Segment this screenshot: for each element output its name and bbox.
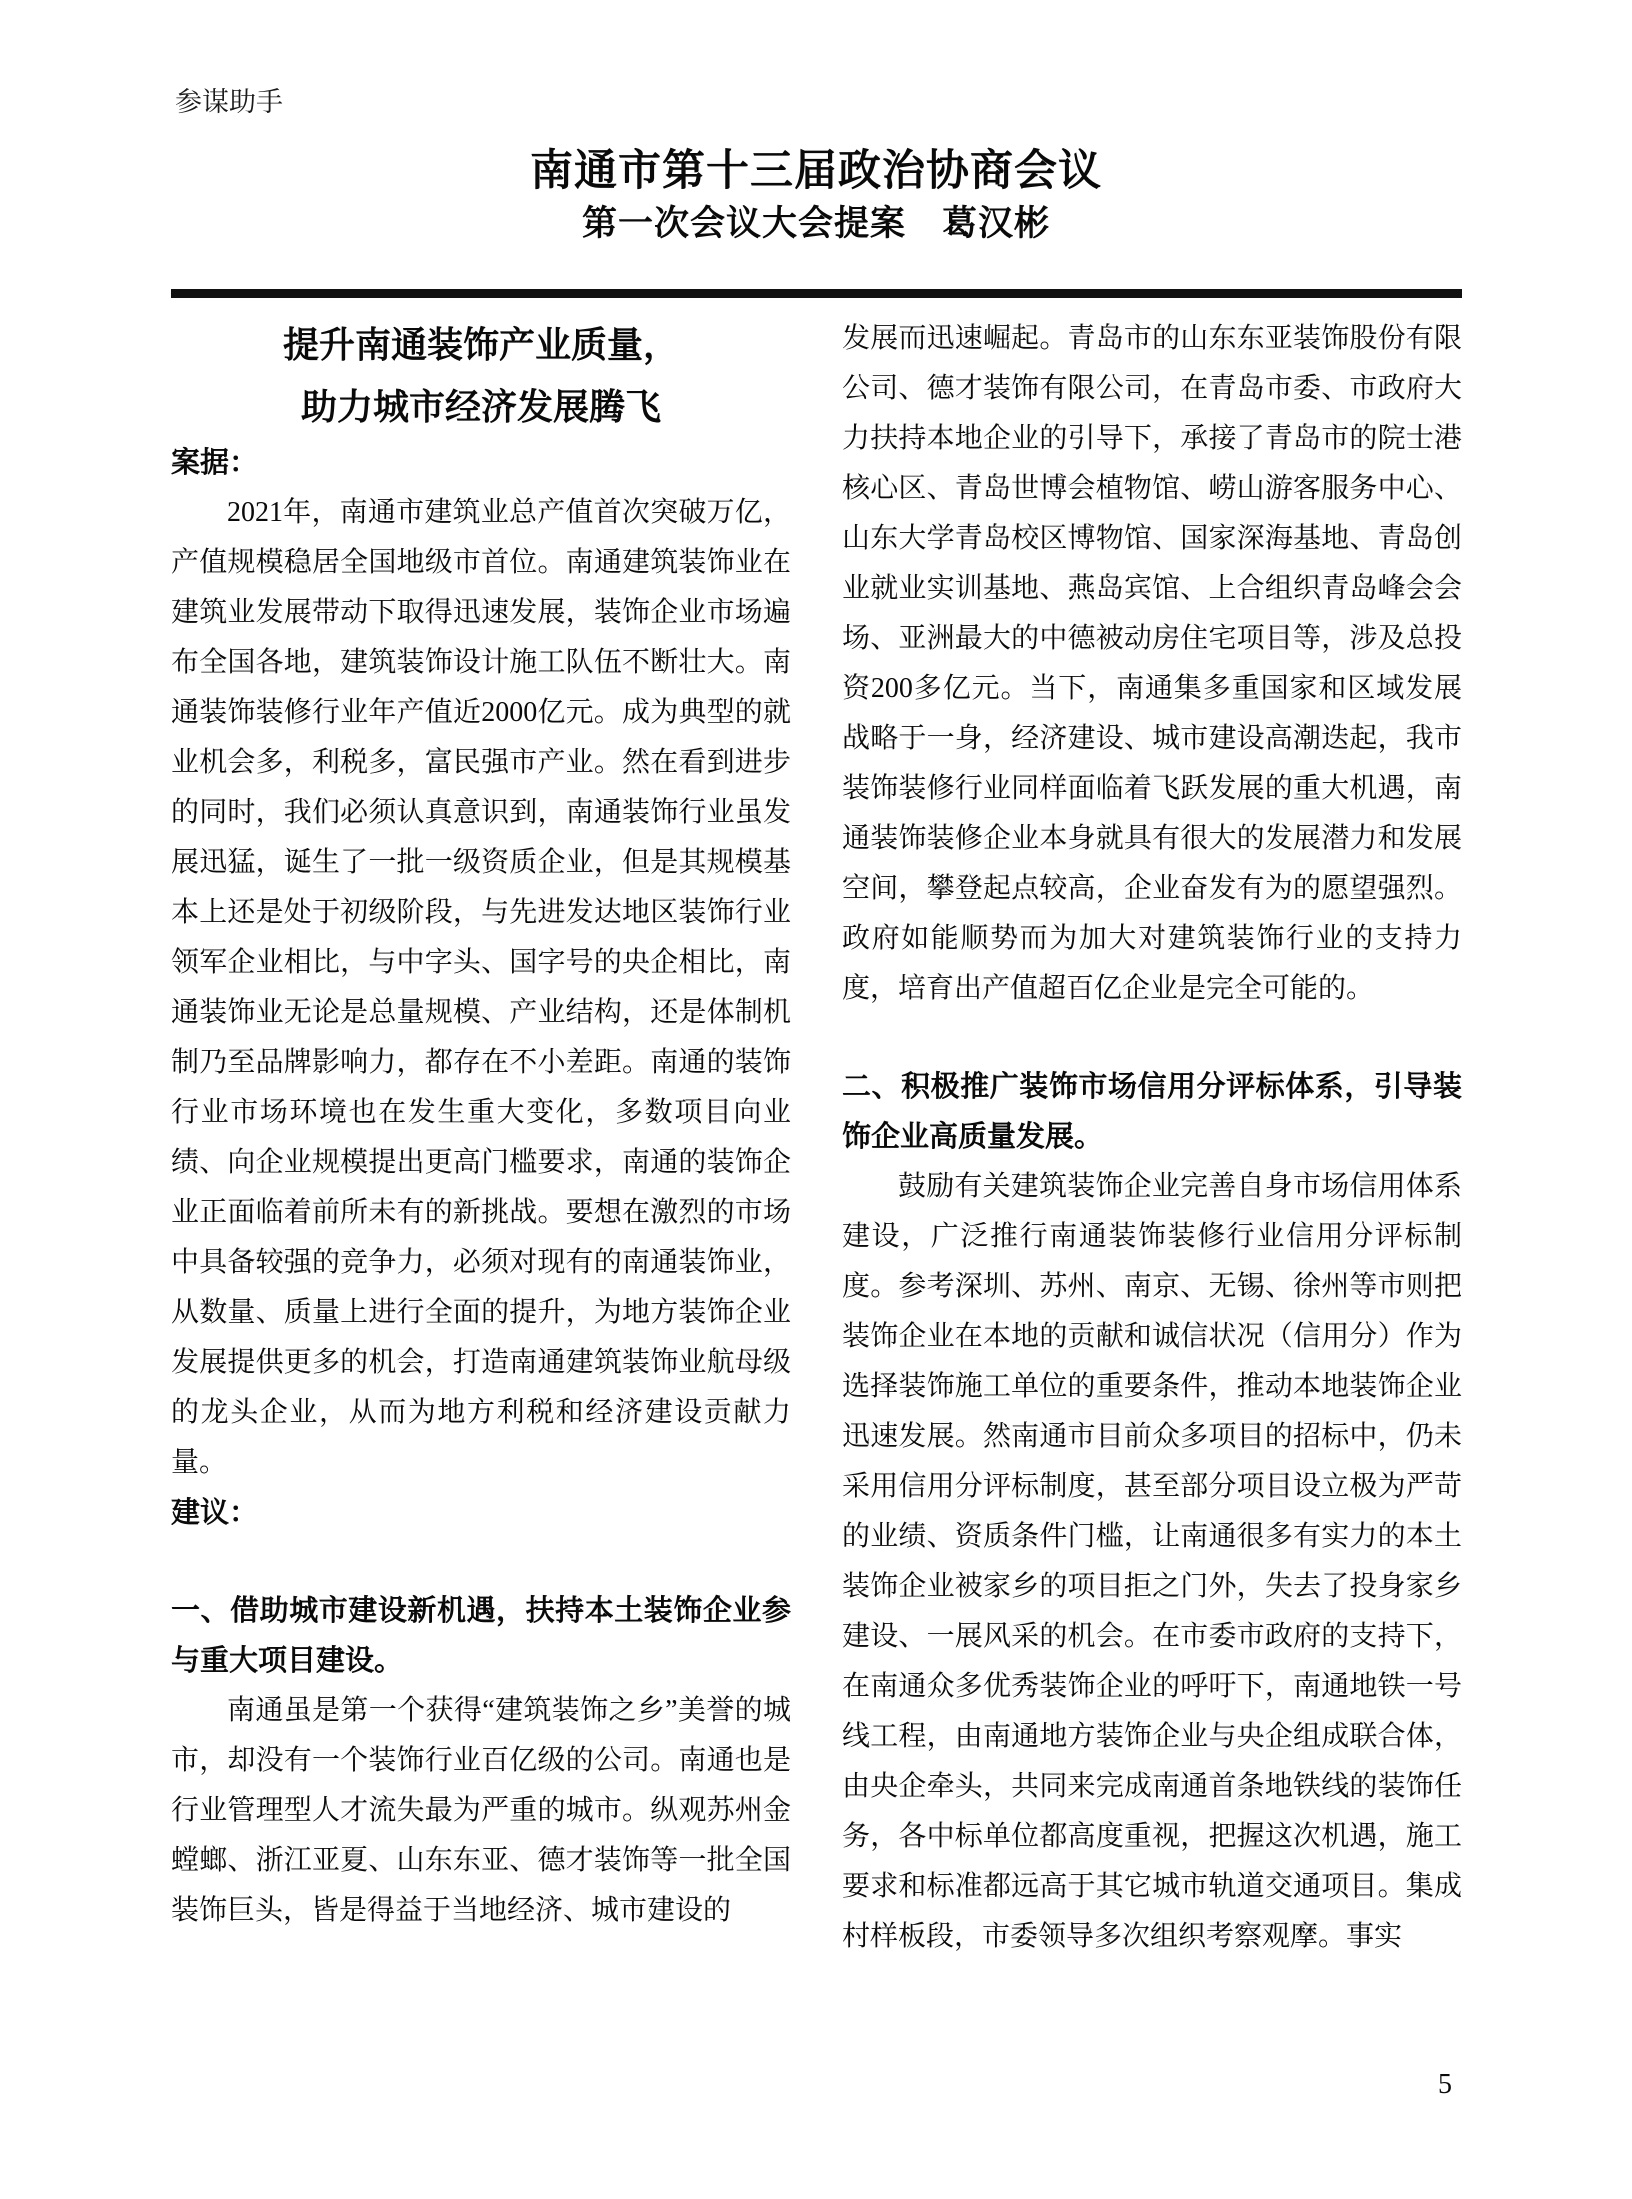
section-title-line-1: 提升南通装饰产业质量， <box>171 314 791 376</box>
title-block: 南通市第十三届政治协商会议 第一次会议大会提案 葛汉彬 <box>170 146 1462 246</box>
continued-paragraph: 发展而迅速崛起。青岛市的山东东亚装饰股份有限公司、德才装饰有限公司，在青岛市委、… <box>842 314 1462 1014</box>
document-subtitle: 第一次会议大会提案 葛汉彬 <box>170 202 1462 246</box>
app-watermark-label: 参谋助手 <box>175 86 283 118</box>
spacer <box>842 1014 1462 1062</box>
spacer <box>171 1538 791 1586</box>
document-page: 参谋助手 南通市第十三届政治协商会议 第一次会议大会提案 葛汉彬 提升南通装饰产… <box>0 0 1632 2199</box>
basis-label: 案据： <box>171 438 791 488</box>
right-column: 发展而迅速崛起。青岛市的山东东亚装饰股份有限公司、德才装饰有限公司，在青岛市委、… <box>842 314 1462 1962</box>
suggestion-heading-1: 一、借助城市建设新机遇，扶持本土装饰企业参与重大项目建设。 <box>171 1586 791 1686</box>
page-number: 5 <box>1438 2068 1452 2102</box>
left-column: 提升南通装饰产业质量， 助力城市经济发展腾飞 案据： 2021年，南通市建筑业总… <box>171 314 791 1962</box>
suggestion-2-paragraph: 鼓励有关建筑装饰企业完善自身市场信用体系建设，广泛推行南通装饰装修行业信用分评标… <box>842 1162 1462 1962</box>
basis-paragraph: 2021年，南通市建筑业总产值首次突破万亿，产值规模稳居全国地级市首位。南通建筑… <box>171 488 791 1488</box>
suggestion-heading-2: 二、积极推广装饰市场信用分评标体系，引导装饰企业高质量发展。 <box>842 1062 1462 1162</box>
suggestion-label: 建议： <box>171 1488 791 1538</box>
document-title: 南通市第十三届政治协商会议 <box>170 146 1462 198</box>
two-column-body: 提升南通装饰产业质量， 助力城市经济发展腾飞 案据： 2021年，南通市建筑业总… <box>171 314 1462 1962</box>
suggestion-1-paragraph: 南通虽是第一个获得“建筑装饰之乡”美誉的城市，却没有一个装饰行业百亿级的公司。南… <box>171 1686 791 1936</box>
header-divider-rule <box>171 289 1462 298</box>
section-title-line-2: 助力城市经济发展腾飞 <box>171 376 791 438</box>
